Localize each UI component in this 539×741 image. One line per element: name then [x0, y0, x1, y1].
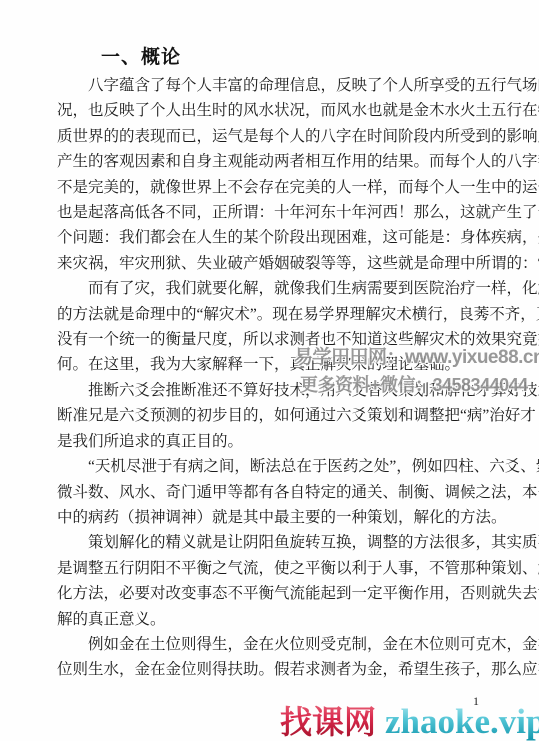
section-title: 一、概论 — [101, 42, 181, 69]
text-line: 质世界的的表现而已，运气是每个人的八字在时间阶段内所受到的影响后 — [57, 124, 505, 149]
text-line: 的方法就是命理中的“解灾术”。现在易学界理解灾术横行，良莠不齐，又 — [57, 302, 505, 327]
text-line: 是我们所追求的真正目的。 — [57, 429, 505, 454]
watermark-site-url: 易学田田网：www.yixue88.cn — [294, 342, 539, 369]
text-line: 产生的客观因素和自身主观能动两者相互作用的结果。而每个人的八字都 — [57, 149, 505, 174]
text-line: 况，也反映了个人出生时的风水状况，而风水也就是金木水火土五行在物 — [57, 98, 505, 123]
watermark-wechat-contact: 更多资料+微信：3458344044 — [300, 371, 528, 397]
text-line: 个问题：我们都会在人生的某个阶段出现困难，这可能是：身体疾病，外 — [57, 225, 505, 250]
text-line: 位则生水，金在金位则得扶助。假若求测者为金，希望生孩子，那么应在 — [57, 657, 505, 682]
scanned-document-page: 一、概论 八字蕴含了每个人丰富的命理信息，反映了个人所享受的五行气场的情 况，也… — [0, 0, 539, 741]
text-line: 策划解化的精义就是让阴阳鱼旋转互换，调整的方法很多，其实质不外 — [57, 530, 505, 555]
text-line: 解的真正意义。 — [57, 607, 505, 632]
text-line: 来灾祸，牢灾刑狱、失业破产婚姻破裂等等，这些就是命理中所谓的：“灾”。 — [57, 251, 505, 276]
text-line: 也是起落高低各不同，正所谓：十年河东十年河西！那么，这就产生了一 — [57, 200, 505, 225]
text-line: “天机尽泄于有病之间，断法总在于医药之处”，例如四柱、六爻、紫 — [57, 454, 505, 479]
text-line: 微斗数、风水、奇门遁甲等都有各自特定的通关、制衡、调候之法，本书 — [57, 480, 505, 505]
text-line: 断准兄是六爻预测的初步目的，如何通过六爻策划和调整把“病”治好才 — [57, 403, 505, 428]
zhaoke-logo-domain: zhaoke.vip — [385, 702, 539, 741]
text-line: 化方法，必要对改变事态不平衡气流能起到一定平衡作用，否则就失去调 — [57, 581, 505, 606]
text-line: 而有了灾，我们就要化解，就像我们生病需要到医院治疗一样，化解灾 — [57, 276, 505, 301]
text-line: 是调整五行阴阳不平衡之气流，使之平衡以利于人事，不管那种策划、解 — [57, 556, 505, 581]
text-line: 八字蕴含了每个人丰富的命理信息，反映了个人所享受的五行气场的情 — [57, 73, 505, 98]
text-line: 不是完美的，就像世界上不会存在完美的人一样，而每个人一生中的运气 — [57, 175, 505, 200]
text-line: 例如金在土位则得生，金在火位则受克制，金在木位则可克木，金在水 — [57, 632, 505, 657]
zhaoke-logo-chinese: 找课网 — [280, 697, 376, 741]
text-line: 中的病药（损神调神）就是其中最主要的一种策划，解化的方法。 — [57, 505, 505, 530]
zhaoke-logo: 找课网 zhaoke.vip — [280, 697, 539, 741]
